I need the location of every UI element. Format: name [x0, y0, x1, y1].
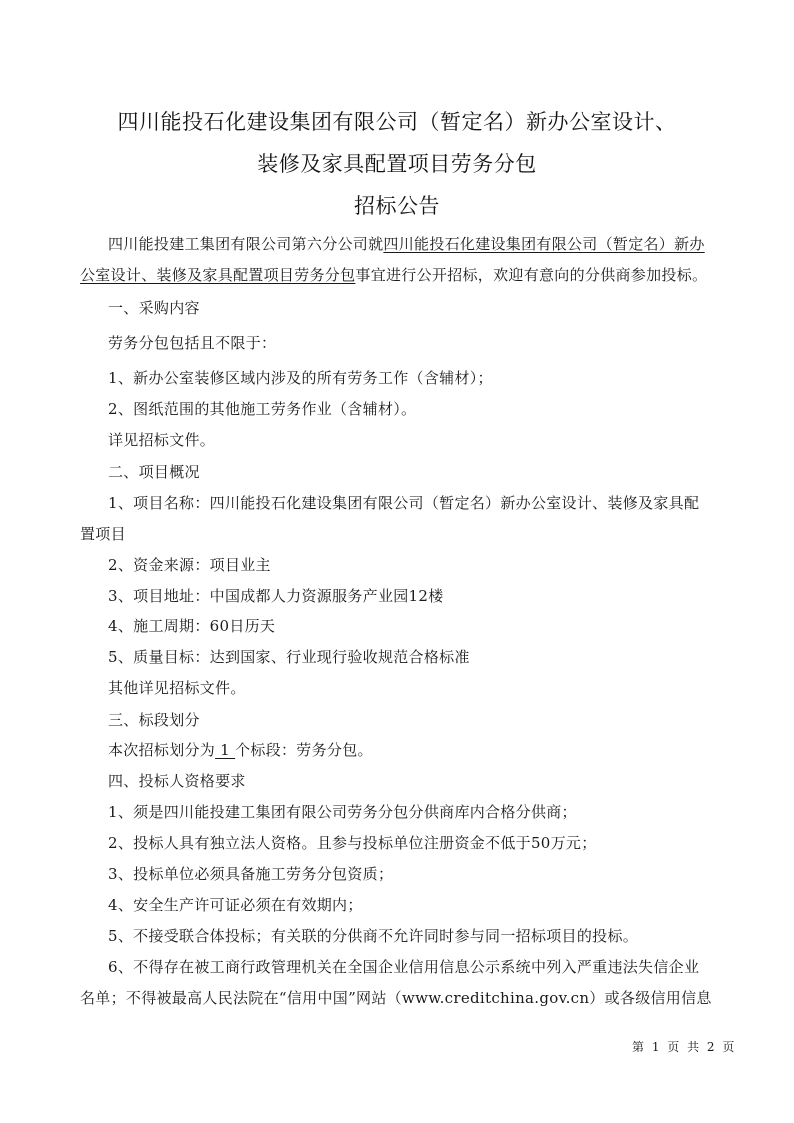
section-2-item-1-line-1: 1、项目名称：四川能投石化建设集团有限公司（暂定名）新办公室设计、装修及家具配 — [108, 492, 699, 513]
project-name-underlined-cont: 公室设计、装修及家具配置项目劳务分包 — [80, 266, 355, 284]
section-2-heading: 二、项目概况 — [108, 461, 200, 482]
page-number: 第 1 页 共 2 页 — [632, 1038, 736, 1055]
section-1-heading: 一、采购内容 — [108, 297, 200, 318]
section-2-item-4: 4、施工周期：60日历天 — [108, 615, 275, 636]
section-3-heading: 三、标段划分 — [108, 709, 200, 730]
section-1-note: 详见招标文件。 — [108, 429, 215, 450]
section-2-note: 其他详见招标文件。 — [108, 677, 246, 698]
document-title-line-2: 装修及家具配置项目劳务分包 — [0, 148, 794, 178]
section-1-item-2: 2、图纸范围的其他施工劳务作业（含辅材）。 — [108, 398, 416, 419]
project-name-underlined: 四川能投石化建设集团有限公司（暂定名）新办 — [383, 235, 704, 253]
section-4-item-3: 3、投标单位必须具备施工劳务分包资质； — [108, 863, 393, 884]
section-4-item-6-line-1: 6、不得存在被工商行政管理机关在全国企业信用信息公示系统中列入严重违法失信企业 — [108, 956, 699, 977]
section-3-suffix: 个标段：劳务分包。 — [235, 741, 373, 759]
intro-suffix: 事宜进行公开招标，欢迎有意向的分供商参加投标。 — [355, 266, 707, 284]
intro-prefix: 四川能投建工集团有限公司第六分公司就 — [108, 235, 383, 253]
intro-line-2: 公室设计、装修及家具配置项目劳务分包事宜进行公开招标，欢迎有意向的分供商参加投标… — [80, 264, 707, 285]
section-2-item-2: 2、资金来源：项目业主 — [108, 554, 271, 575]
section-1-lead: 劳务分包包括且不限于： — [108, 332, 276, 353]
section-1-item-1: 1、新办公室装修区域内涉及的所有劳务工作（含辅材）； — [108, 367, 493, 388]
section-2-item-3: 3、项目地址：中国成都人力资源服务产业园12楼 — [108, 585, 444, 606]
lot-count: 1 — [215, 741, 235, 759]
section-4-item-4: 4、安全生产许可证必须在有效期内； — [108, 894, 363, 915]
section-3-text: 本次招标划分为 1 个标段：劳务分包。 — [108, 739, 373, 760]
section-4-item-5: 5、不接受联合体投标；有关联的分供商不允许同时参与同一招标项目的投标。 — [108, 925, 638, 946]
document-title-line-3: 招标公告 — [0, 190, 794, 220]
section-4-item-1: 1、须是四川能投建工集团有限公司劳务分包分供商库内合格分供商； — [108, 801, 577, 822]
section-4-item-6-line-2: 名单；不得被最高人民法院在“信用中国”网站（www.creditchina.go… — [80, 987, 712, 1008]
section-4-item-2: 2、投标人具有独立法人资格。且参与投标单位注册资金不低于50万元； — [108, 832, 597, 853]
section-2-item-1-line-2: 置项目 — [80, 523, 126, 544]
intro-line-1: 四川能投建工集团有限公司第六分公司就四川能投石化建设集团有限公司（暂定名）新办 — [108, 233, 705, 254]
section-2-item-5: 5、质量目标：达到国家、行业现行验收规范合格标准 — [108, 646, 470, 667]
section-4-heading: 四、投标人资格要求 — [108, 770, 246, 791]
document-title-line-1: 四川能投石化建设集团有限公司（暂定名）新办公室设计、 — [0, 106, 794, 136]
section-3-prefix: 本次招标划分为 — [108, 741, 215, 759]
